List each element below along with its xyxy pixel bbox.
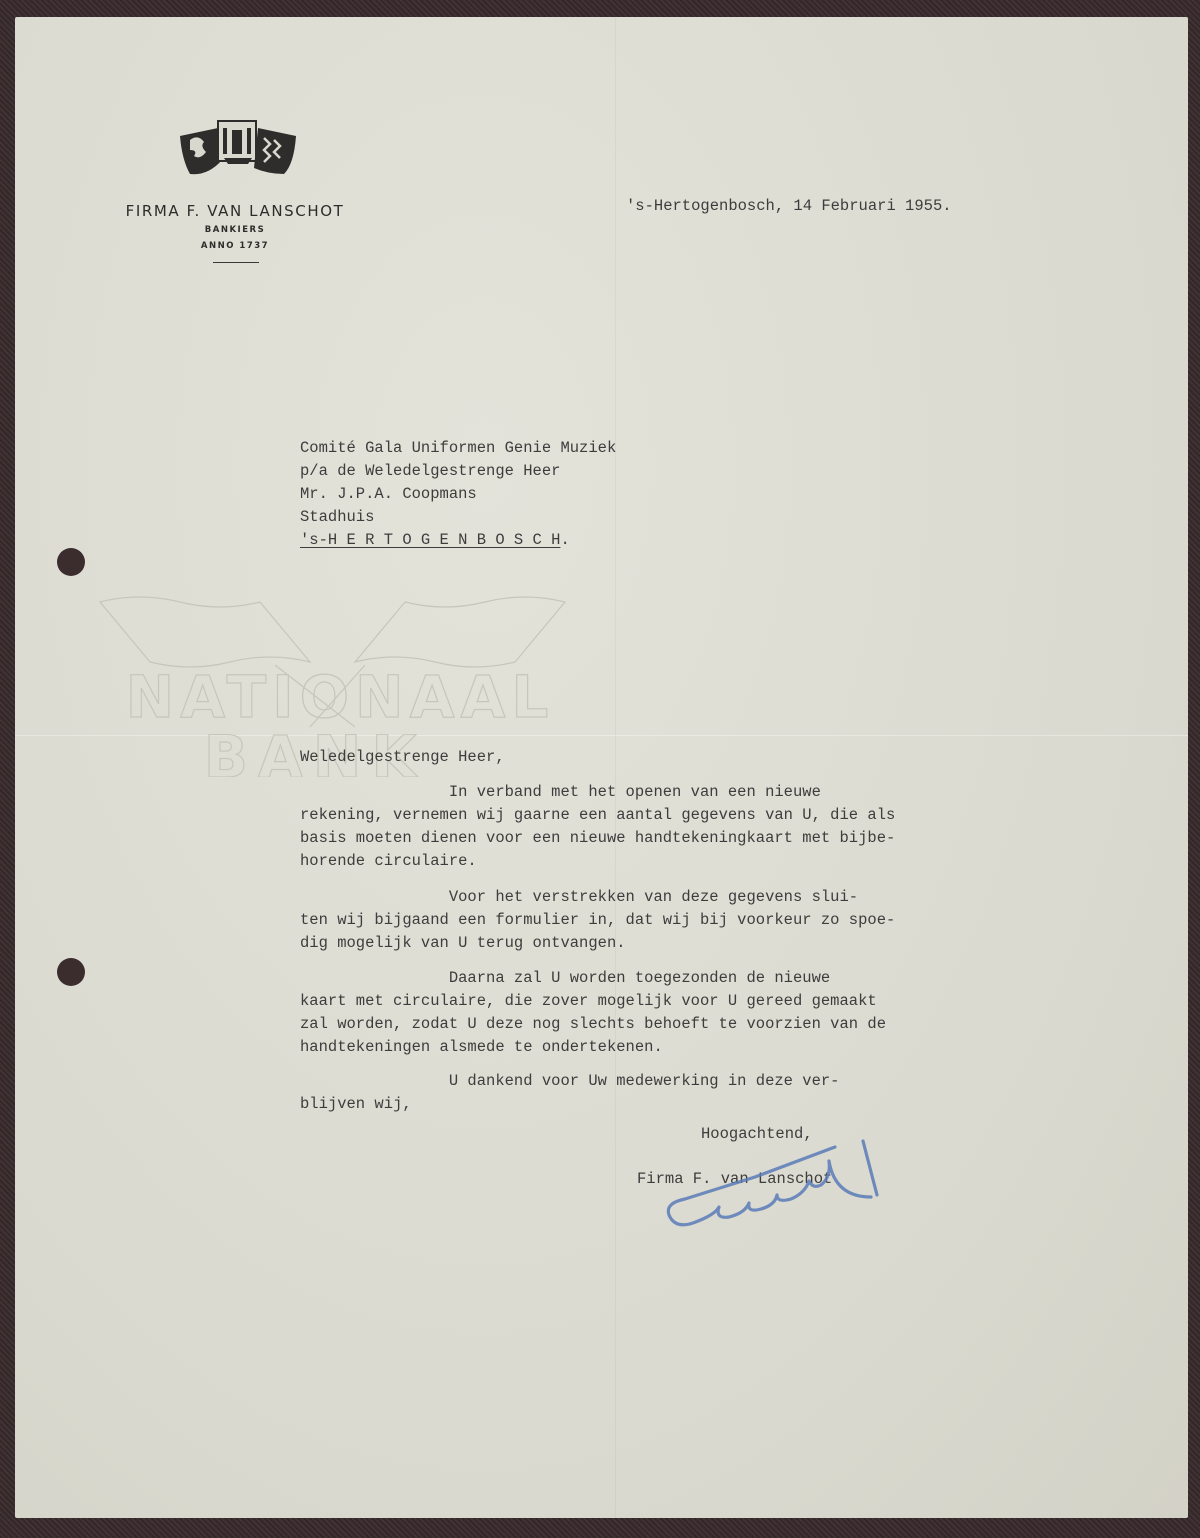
salutation: Weledelgestrenge Heer,: [300, 746, 505, 769]
body-line: horende circulaire.: [300, 850, 477, 873]
body-line: kaart met circulaire, die zover mogelijk…: [300, 990, 877, 1013]
body-line: handtekeningen alsmede te ondertekenen.: [300, 1036, 663, 1059]
handwritten-signature: [645, 1137, 915, 1247]
body-line: basis moeten dienen voor een nieuwe hand…: [300, 827, 895, 850]
watermark-line1: NATIONAAL: [126, 663, 555, 731]
recipient-city: 's-H E R T O G E N B O S C H.: [300, 529, 570, 552]
recipient-line-4: Stadhuis: [300, 506, 374, 529]
firm-subtitle: BANKIERS: [85, 225, 385, 235]
fold-line: [15, 735, 1188, 736]
date-line: 's-Hertogenbosch, 14 Februari 1955.: [626, 195, 952, 218]
body-line: dig mogelijk van U terug ontvangen.: [300, 932, 626, 955]
letterhead-divider: [213, 262, 259, 263]
body-line: zal worden, zodat U deze nog slechts beh…: [300, 1013, 886, 1036]
body-line: Daarna zal U worden toegezonden de nieuw…: [300, 967, 830, 990]
punch-hole-bottom: [57, 958, 85, 986]
recipient-line-2: p/a de Weledelgestrenge Heer: [300, 460, 560, 483]
body-line: In verband met het openen van een nieuwe: [300, 781, 821, 804]
body-line: U dankend voor Uw medewerking in deze ve…: [300, 1070, 840, 1093]
punch-hole-top: [57, 548, 85, 576]
body-line: rekening, vernemen wij gaarne een aantal…: [300, 804, 895, 827]
firm-founded: ANNO 1737: [85, 241, 385, 251]
body-line: ten wij bijgaand een formulier in, dat w…: [300, 909, 895, 932]
body-line: Voor het verstrekken van deze gegevens s…: [300, 886, 858, 909]
three-coats-of-arms-icon: [178, 120, 298, 178]
recipient-line-3: Mr. J.P.A. Coopmans: [300, 483, 477, 506]
fold-line-vertical: [615, 17, 616, 1518]
firm-name: FIRMA F. VAN LANSCHOT: [85, 202, 385, 220]
recipient-city-period: .: [560, 531, 569, 549]
recipient-city-name: 's-H E R T O G E N B O S C H: [300, 531, 560, 549]
recipient-line-1: Comité Gala Uniformen Genie Muziek: [300, 437, 616, 460]
body-line: blijven wij,: [300, 1093, 412, 1116]
letter-paper: FIRMA F. VAN LANSCHOT BANKIERS ANNO 1737…: [15, 17, 1188, 1518]
